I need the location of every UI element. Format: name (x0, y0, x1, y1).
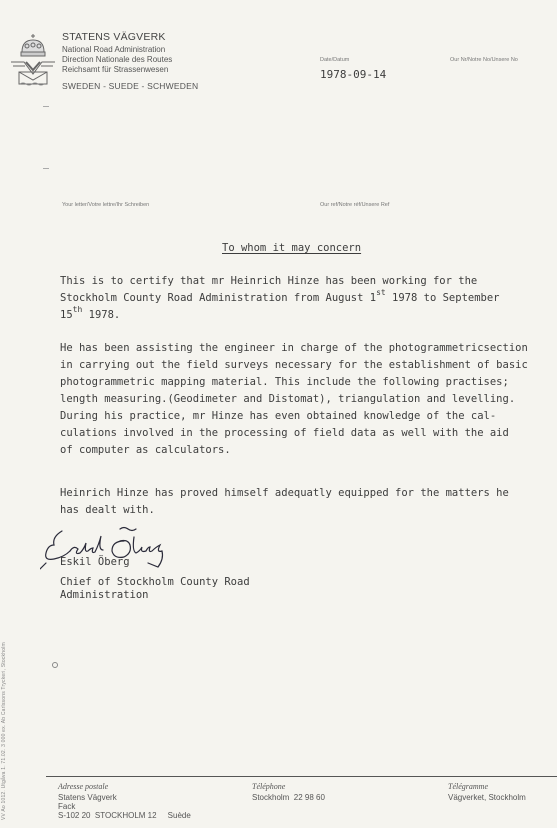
telegram-address: Vägverket, Stockholm (448, 793, 526, 802)
telephone-label: Téléphone (252, 782, 285, 791)
telephone-number: Stockholm 22 98 60 (252, 793, 325, 802)
organization-name: STATENS VÄGVERK (62, 31, 166, 43)
date-value: 1978-09-14 (320, 68, 386, 81)
our-number-label: Our Nr/Notre No/Unsere No (450, 57, 518, 63)
organization-subtitle-de: Reichsamt für Strassenwesen (62, 65, 168, 75)
footer-divider (46, 776, 557, 777)
fold-mark (43, 168, 49, 169)
organization-subtitle-en: National Road Administration (62, 45, 165, 55)
crown-wings-emblem-icon (10, 32, 56, 92)
your-letter-label: Your letter/Votre lettre/Ihr Schreiben (62, 202, 149, 208)
punch-hole-mark (52, 662, 58, 668)
paragraph-duties: He has been assisting the engineer in ch… (60, 340, 530, 459)
side-print-info: VV Ao 1012. Utgåva 1. 71.02. 3 000 ex. A… (1, 642, 7, 820)
date-label: Date/Datum (320, 57, 349, 63)
postal-address: Statens Vägverk Fack S-102 20 STOCKHOLM … (58, 793, 191, 820)
signer-name: Eskil Öberg (60, 556, 130, 569)
fold-mark (43, 106, 49, 107)
paragraph-conclusion: Heinrich Hinze has proved himself adequa… (60, 485, 530, 519)
postal-address-label: Adresse postale (58, 782, 108, 791)
our-ref-label: Our ref/Notre réf/Unsere Ref (320, 202, 389, 208)
organization-subtitle-fr: Direction Nationale des Routes (62, 55, 172, 65)
paragraph-certification: This is to certify that mr Heinrich Hinz… (60, 273, 530, 324)
signer-title: Chief of Stockholm County Road Administr… (60, 576, 250, 602)
letter-heading: To whom it may concern (222, 242, 361, 254)
telegram-label: Télégramme (448, 782, 488, 791)
organization-countries: SWEDEN - SUEDE - SCHWEDEN (62, 81, 198, 91)
